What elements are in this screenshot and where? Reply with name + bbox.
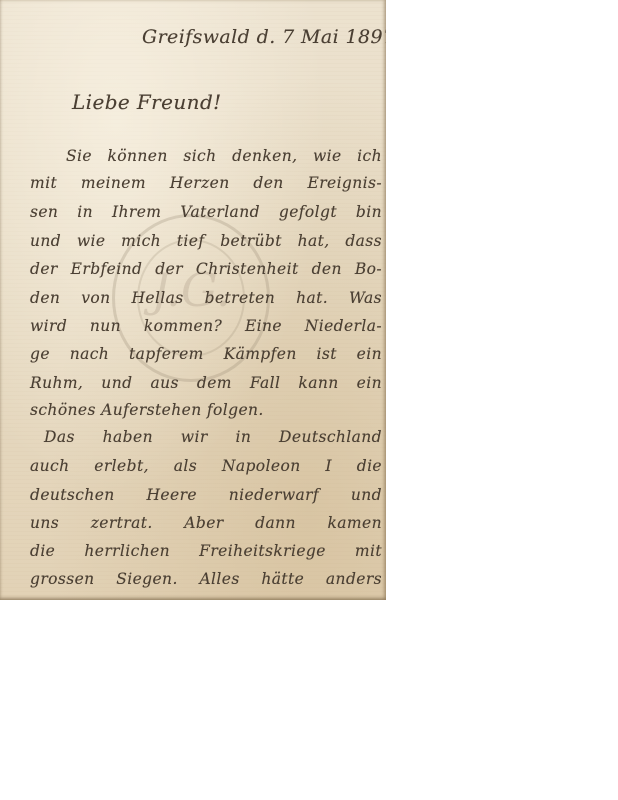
letter-line: wird nun kommen? Eine Niederla- xyxy=(30,317,382,335)
letter-line: Sie können sich denken, wie ich xyxy=(66,147,382,165)
letter-line: sen in Ihrem Vaterland gefolgt bin xyxy=(30,203,382,221)
letter-line: die herrlichen Freiheitskriege mit xyxy=(30,542,382,560)
letter-line: der Erbfeind der Christenheit den Bo- xyxy=(30,260,382,278)
letter-dateline: Greifswald d. 7 Mai 1897 xyxy=(142,26,386,48)
letter-line: mit meinem Herzen den Ereignis- xyxy=(30,174,382,192)
letter-line: grossen Siegen. Alles hätte anders xyxy=(30,570,382,588)
letter-page: J.G. Greifswald d. 7 Mai 1897 Liebe Freu… xyxy=(0,0,386,600)
letter-line: Ruhm, und aus dem Fall kann ein xyxy=(30,374,382,392)
document-viewport: J.G. Greifswald d. 7 Mai 1897 Liebe Freu… xyxy=(0,0,618,800)
letter-line: und wie mich tief betrübt hat, dass xyxy=(30,232,382,250)
letter-line: uns zertrat. Aber dann kamen xyxy=(30,514,382,532)
letter-line: schönes Auferstehen folgen. xyxy=(30,401,264,419)
letter-line: den von Hellas betreten hat. Was xyxy=(30,289,382,307)
letter-line: ge nach tapferem Kämpfen ist ein xyxy=(30,345,382,363)
letter-line: deutschen Heere niederwarf und xyxy=(30,486,382,504)
letter-salutation: Liebe Freund! xyxy=(72,90,222,114)
letter-line: auch erlebt, als Napoleon I die xyxy=(30,457,382,475)
letter-line: Das haben wir in Deutschland xyxy=(44,428,382,446)
